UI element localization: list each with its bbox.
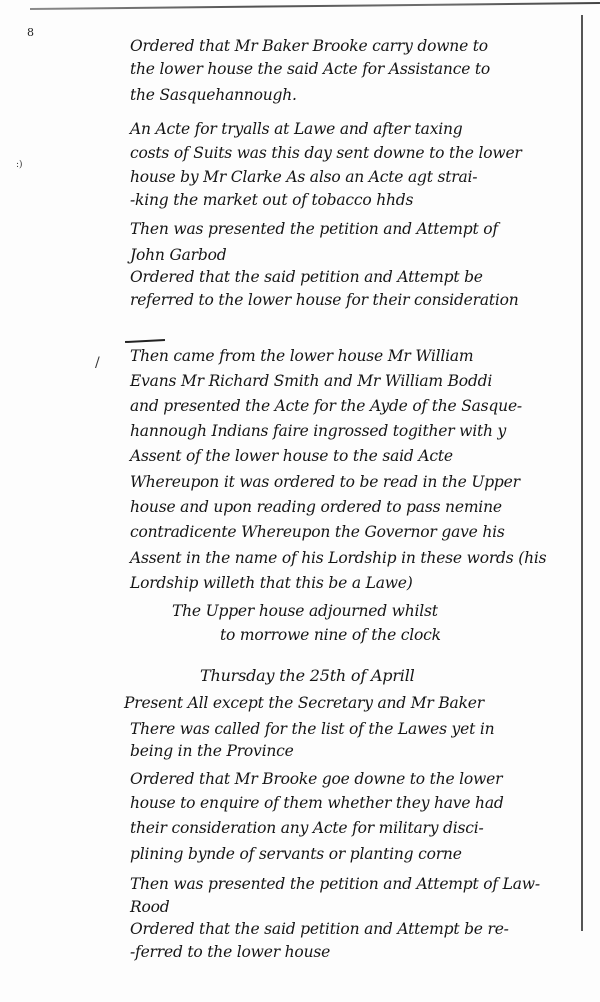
text-line: There was called for the list of the Law…: [130, 720, 494, 738]
text-line: Rood: [130, 898, 169, 916]
text-line: contradicente Whereupon the Governor gav…: [130, 523, 505, 541]
text-line: Whereupon it was ordered to be read in t…: [130, 473, 520, 491]
text-line: Assent in the name of his Lordship in th…: [130, 549, 546, 567]
text-line: -king the market out of tobacco hhds: [130, 191, 413, 209]
right-margin-rule: [581, 15, 583, 931]
text-line: the Sasquehannough.: [130, 86, 297, 104]
text-line: Ordered that the said petition and Attem…: [130, 920, 509, 938]
text-line: Lordship willeth that this be a Lawe): [130, 574, 413, 592]
date-heading: Thursday the 25th of Aprill: [200, 666, 415, 685]
text-line: and presented the Acte for the Ayde of t…: [130, 397, 522, 415]
text-line: plining bynde of servants or planting co…: [130, 845, 462, 863]
text-line: An Acte for tryalls at Lawe and after ta…: [130, 120, 463, 138]
text-line: Ordered that Mr Brooke goe downe to the …: [130, 770, 502, 788]
text-line: house to enquire of them whether they ha…: [130, 794, 504, 812]
page-number: 8: [27, 26, 34, 39]
text-line: -ferred to the lower house: [130, 943, 330, 961]
text-line: their consideration any Acte for militar…: [130, 819, 484, 837]
text-line: referred to the lower house for their co…: [130, 291, 519, 309]
text-line: house and upon reading ordered to pass n…: [130, 498, 502, 516]
section-divider-line: [125, 339, 165, 343]
text-line: Ordered that the said petition and Attem…: [130, 268, 483, 286]
text-line: Then was presented the petition and Atte…: [130, 220, 498, 238]
text-line: Ordered that Mr Baker Brooke carry downe…: [130, 37, 488, 55]
text-line: Assent of the lower house to the said Ac…: [130, 447, 453, 465]
text-line: being in the Province: [130, 742, 294, 760]
text-line: costs of Suits was this day sent downe t…: [130, 144, 522, 162]
text-line: Evans Mr Richard Smith and Mr William Bo…: [130, 372, 492, 390]
text-line: John Garbod: [130, 246, 226, 264]
text-line: Then was presented the petition and Atte…: [130, 875, 540, 893]
page-top-edge: [30, 2, 600, 10]
text-line: house by Mr Clarke As also an Acte agt s…: [130, 168, 477, 186]
text-line: The Upper house adjourned whilst: [172, 602, 438, 620]
margin-mark: :): [16, 160, 23, 170]
text-line: to morrowe nine of the clock: [220, 626, 441, 644]
text-line: hannough Indians faire ingrossed togithe…: [130, 422, 506, 440]
text-line: the lower house the said Acte for Assist…: [130, 60, 490, 78]
margin-mark: /: [95, 355, 100, 371]
text-line: Then came from the lower house Mr Willia…: [130, 347, 473, 365]
manuscript-page: 8 :) / Ordered that Mr Baker Brooke carr…: [0, 0, 600, 1002]
text-line: Present All except the Secretary and Mr …: [124, 694, 484, 712]
